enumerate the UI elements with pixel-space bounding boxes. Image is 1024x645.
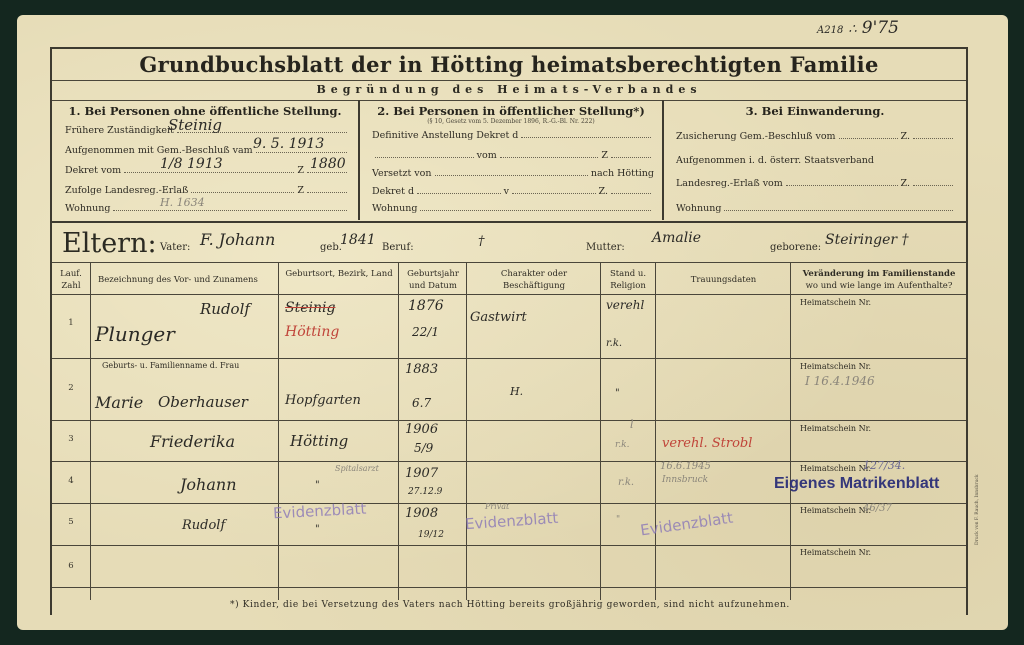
father-label: Vater:	[160, 242, 190, 253]
stamp-eigenes-matrikenblatt: Eigenes Matrikenblatt	[774, 475, 939, 493]
born-label: geb.	[320, 242, 342, 253]
row-divider	[52, 461, 966, 462]
section-2-heading: 2. Bei Personen in öffentlicher Stellung…	[362, 104, 660, 118]
birth-year: 1907	[405, 466, 438, 481]
column-header-change: Veränderung im Familienstande	[792, 268, 966, 280]
dotted-line	[417, 193, 501, 194]
form-subtitle: Begründung des Heimats-Verbandes	[52, 83, 966, 96]
z-label: Z	[297, 165, 304, 176]
birth-date: 6.7	[412, 396, 431, 410]
dotted-line	[375, 157, 474, 158]
field-label: Versetzt von	[372, 168, 432, 179]
heimatschein-label: Heimatschein Nr.	[800, 464, 871, 473]
field-wohnung-2: Wohnung	[372, 203, 654, 214]
field-label: Zusicherung Gem.-Beschluß vom	[676, 131, 836, 142]
birth-date: 27.12.9	[408, 487, 442, 497]
field-staatsverband: Aufgenommen i. d. österr. Staatsverband	[676, 155, 956, 166]
first-name: Rudolf	[200, 300, 250, 318]
marriage: verehl. Strobl	[662, 436, 752, 451]
heimatschein-label: Heimatschein Nr.	[800, 298, 871, 307]
dotted-line	[913, 185, 953, 186]
col-divider	[655, 263, 656, 600]
father-value: F. Johann	[200, 230, 275, 249]
field-label: Dekret d	[372, 186, 414, 197]
z-label: Z.	[901, 131, 910, 142]
field-label: Landesreg.-Erlaß vom	[676, 178, 783, 189]
row-number: 3	[51, 434, 91, 444]
birthplace-note: Spitalsarzt	[335, 464, 379, 473]
heimatschein-value: 127/34.	[863, 459, 905, 472]
dotted-line	[307, 172, 347, 173]
dotted-line	[786, 185, 898, 186]
column-header-birthdate: Geburtsjahr und Datum	[400, 268, 466, 292]
field-label: Zufolge Landesreg.-Erlaß	[65, 185, 188, 196]
occupation: Gastwirt	[470, 310, 527, 325]
birthplace: Hötting	[285, 324, 339, 340]
col-divider	[278, 263, 279, 600]
first-name: Friederika	[150, 432, 235, 451]
dotted-line	[113, 210, 347, 211]
religion: "	[616, 515, 620, 525]
dotted-line	[913, 138, 953, 139]
printer-imprint: Druck von F. Rauch, Innsbruck	[975, 474, 980, 545]
birthplace: "	[315, 524, 320, 535]
footnote: *) Kinder, die bei Versetzung des Vaters…	[230, 600, 790, 610]
column-header-birthplace: Geburtsort, Bezirk, Land	[282, 268, 396, 280]
last-name: Oberhauser	[158, 393, 248, 411]
marriage: 16.6.1945	[660, 461, 711, 472]
field-label: v	[504, 186, 509, 197]
column-header-residence: wo und wie lange im Aufenthalte?	[792, 280, 966, 292]
birth-year: 1908	[405, 506, 438, 521]
z-label: Z.	[599, 186, 608, 197]
birthplace: Hötting	[290, 432, 348, 450]
heimatschein-value: I 16.4.1946	[805, 374, 875, 388]
dotted-line	[124, 172, 294, 173]
field-label: Aufgenommen i. d. österr. Staatsverband	[676, 155, 874, 166]
dotted-line	[191, 192, 294, 193]
field-label: vom	[477, 150, 497, 161]
occupation-value: †	[478, 234, 485, 249]
field-label: Dekret vom	[65, 165, 121, 176]
religion: r.k.	[618, 477, 634, 488]
divider	[662, 100, 664, 220]
handwritten-value: Steinig	[168, 116, 222, 134]
reference-small: A218	[817, 25, 843, 36]
row-number: 6	[51, 561, 91, 571]
born-value: 1841	[340, 232, 376, 248]
heimatschein-value: 46/37	[863, 503, 892, 514]
divider	[52, 80, 966, 81]
religion: "	[615, 388, 620, 399]
field-suffix: nach Hötting	[591, 168, 654, 179]
field-label: Wohnung	[372, 203, 417, 214]
handwritten-value: 9. 5. 1913	[253, 136, 324, 152]
field-wohnung: Wohnung	[65, 203, 350, 214]
column-header-name: Bezeichnung des Vor- und Zunamens	[92, 274, 278, 286]
divider	[52, 262, 966, 263]
row-number: 1	[51, 318, 91, 328]
parents-heading: Eltern:	[62, 228, 157, 259]
field-vom: vom Z	[372, 150, 654, 161]
column-header-marriage: Trauungsdaten	[657, 274, 790, 286]
heimatschein-label: Heimatschein Nr.	[800, 548, 871, 557]
reference-large: 9'75	[862, 18, 899, 38]
column-header-occupation: Charakter oder Beschäftigung	[470, 268, 598, 292]
column-header-status: Stand u. Religion	[601, 268, 655, 292]
birth-year: 1883	[405, 362, 438, 377]
row-number: 2	[51, 383, 91, 393]
field-label: Frühere Zuständigkeit	[65, 125, 174, 136]
religion: r.k.	[615, 440, 630, 450]
field-label: Definitive Anstellung Dekret d	[372, 130, 518, 141]
birthplace: "	[315, 480, 320, 491]
col-divider	[398, 263, 399, 600]
reference-mark: ∴	[848, 22, 856, 37]
dotted-line	[611, 157, 651, 158]
field-dekret-d: Dekret d v Z.	[372, 186, 654, 197]
row-number: 4	[51, 476, 91, 486]
row-divider	[52, 545, 966, 546]
reference-note: A218 ∴ 9'75	[817, 18, 899, 38]
row-number: 5	[51, 517, 91, 527]
birth-year: 1876	[408, 298, 444, 314]
status: l	[630, 418, 634, 431]
field-label: Wohnung	[676, 203, 721, 214]
divider	[358, 100, 360, 220]
divider	[52, 100, 966, 101]
maiden-label: geborene:	[770, 242, 821, 253]
section-3-heading: 3. Bei Einwanderung.	[666, 104, 964, 118]
field-versetzt-von: Versetzt von nach Hötting	[372, 168, 654, 179]
marriage-place: Innsbruck	[662, 475, 708, 485]
col-divider	[90, 263, 91, 600]
z-label: Z.	[901, 178, 910, 189]
col-divider	[600, 263, 601, 600]
handwritten-value: 1880	[310, 156, 346, 172]
dotted-line	[256, 152, 347, 153]
column-header-lauf-zahl: Lauf. Zahl	[52, 268, 90, 292]
wife-label: Geburts- u. Familienname d. Frau	[102, 361, 239, 370]
dotted-line	[611, 193, 651, 194]
maiden-value: Steiringer †	[825, 232, 909, 248]
row-divider	[52, 587, 966, 588]
heimatschein-label: Heimatschein Nr.	[800, 506, 871, 515]
heimatschein-label: Heimatschein Nr.	[800, 424, 871, 433]
first-name: Johann	[180, 475, 237, 494]
row-divider	[52, 358, 966, 359]
dotted-line	[724, 210, 953, 211]
handwritten-value: 1/8 1913	[160, 156, 223, 172]
dotted-line	[839, 138, 898, 139]
dotted-line	[512, 193, 596, 194]
status: verehl	[606, 298, 644, 312]
dotted-line	[521, 137, 651, 138]
heimatschein-label: Heimatschein Nr.	[800, 362, 871, 371]
birth-date: 5/9	[414, 441, 433, 455]
field-wohnung-3: Wohnung	[676, 203, 956, 214]
divider	[52, 221, 966, 223]
birthplace: Hopfgarten	[285, 393, 361, 408]
birthplace-struck: Steinig	[285, 300, 335, 316]
occupation: Privat	[485, 502, 509, 511]
dotted-line	[307, 192, 347, 193]
field-label: Wohnung	[65, 203, 110, 214]
religion: r.k.	[606, 338, 622, 349]
row-divider	[52, 420, 966, 421]
col-divider	[966, 263, 968, 600]
field-landesreg-erlass: Zufolge Landesreg.-Erlaß Z	[65, 185, 350, 196]
field-definitive-anstellung: Definitive Anstellung Dekret d	[372, 130, 654, 141]
birth-date: 22/1	[412, 325, 439, 339]
dotted-line	[420, 210, 651, 211]
first-name: Marie	[95, 393, 143, 412]
occupation-label: Beruf:	[382, 242, 414, 253]
dotted-line	[435, 175, 588, 176]
handwritten-value: H. 1634	[160, 196, 205, 209]
section-2-note: (§ 10, Gesetz vom 5. Dezember 1896, R.-G…	[362, 118, 660, 125]
mother-label: Mutter:	[586, 242, 625, 253]
birth-year: 1906	[405, 422, 438, 437]
dotted-line	[500, 157, 599, 158]
occupation: H.	[510, 385, 523, 398]
last-name: Plunger	[95, 322, 175, 346]
mother-value: Amalie	[652, 230, 701, 246]
field-label: Aufgenommen mit Gem.-Beschluß vam	[65, 145, 253, 156]
divider	[52, 294, 966, 295]
form-title: Grundbuchsblatt der in Hötting heimatsbe…	[52, 52, 966, 77]
col-divider	[790, 263, 791, 600]
field-zusicherung: Zusicherung Gem.-Beschluß vom Z.	[676, 131, 956, 142]
first-name: Rudolf	[182, 518, 225, 533]
z-label: Z	[601, 150, 608, 161]
birth-date: 19/12	[418, 530, 444, 540]
z-label: Z	[297, 185, 304, 196]
col-divider	[466, 263, 467, 600]
field-landesreg-erlass-3: Landesreg.-Erlaß vom Z.	[676, 178, 956, 189]
